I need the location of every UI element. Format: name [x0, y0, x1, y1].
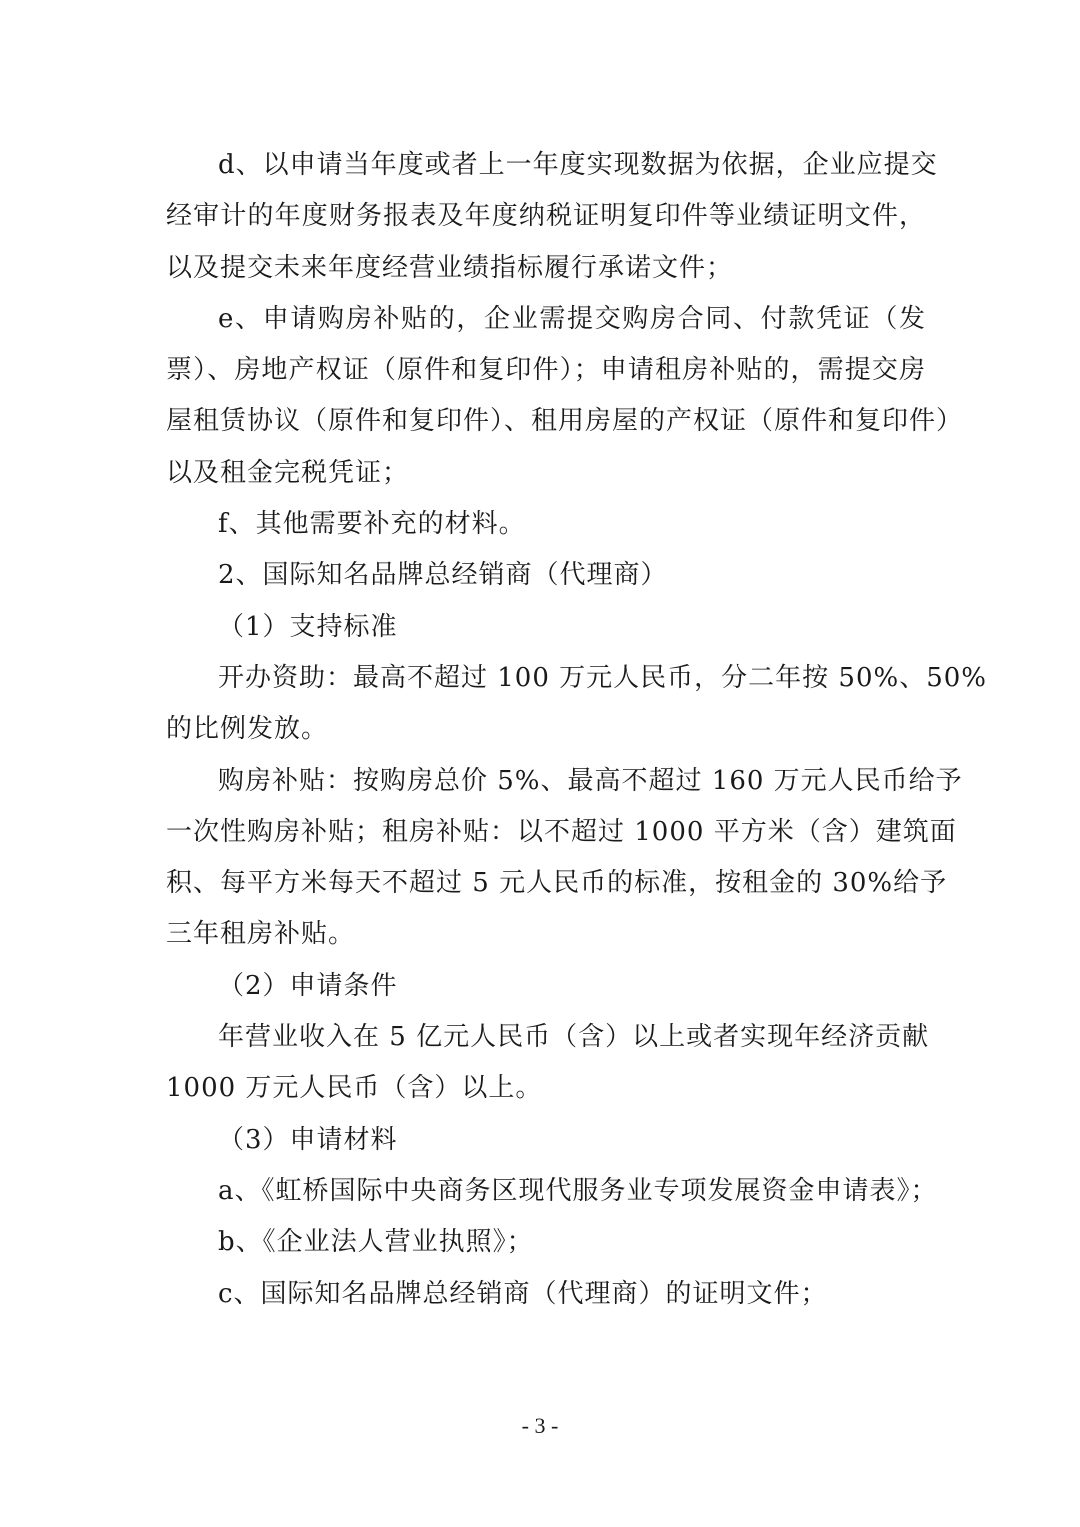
materials-item-b: b、《企业法人营业执照》；: [166, 1217, 926, 1268]
page-number: - 3 -: [0, 1413, 1080, 1439]
paragraph-e-line-1: e、申请购房补贴的，企业需提交购房合同、付款凭证（发: [166, 294, 926, 345]
conditions-line-2: 1000 万元人民币（含）以上。: [166, 1063, 926, 1114]
paragraph-d-line-1: d、以申请当年度或者上一年度实现数据为依据，企业应提交: [166, 140, 926, 191]
paragraph-f: f、其他需要补充的材料。: [166, 499, 926, 550]
materials-item-c: c、国际知名品牌总经销商（代理商）的证明文件；: [166, 1269, 926, 1320]
paragraph-e-line-3: 屋租赁协议（原件和复印件）、租用房屋的产权证（原件和复印件）: [166, 396, 926, 447]
materials-item-a: a、《虹桥国际中央商务区现代服务业专项发展资金申请表》；: [166, 1166, 926, 1217]
paragraph-d-line-2: 经审计的年度财务报表及年度纳税证明复印件等业绩证明文件，: [166, 191, 926, 242]
document-body: d、以申请当年度或者上一年度实现数据为依据，企业应提交 经审计的年度财务报表及年…: [166, 140, 926, 1320]
housing-subsidy-line-4: 三年租房补贴。: [166, 909, 926, 960]
startup-funding-line-1: 开办资助：最高不超过 100 万元人民币，分二年按 50%、50%: [166, 653, 926, 704]
document-page: d、以申请当年度或者上一年度实现数据为依据，企业应提交 经审计的年度财务报表及年…: [0, 0, 1080, 1527]
subheading-support-standard: （1）支持标准: [166, 602, 926, 653]
housing-subsidy-line-1: 购房补贴：按购房总价 5%、最高不超过 160 万元人民币给予: [166, 756, 926, 807]
paragraph-e-line-4: 以及租金完税凭证；: [166, 448, 926, 499]
subheading-application-materials: （3）申请材料: [166, 1115, 926, 1166]
paragraph-d-line-3: 以及提交未来年度经营业绩指标履行承诺文件；: [166, 243, 926, 294]
subheading-application-conditions: （2）申请条件: [166, 961, 926, 1012]
paragraph-e-line-2: 票）、房地产权证（原件和复印件）；申请租房补贴的，需提交房: [166, 345, 926, 396]
housing-subsidy-line-2: 一次性购房补贴；租房补贴：以不超过 1000 平方米（含）建筑面: [166, 807, 926, 858]
conditions-line-1: 年营业收入在 5 亿元人民币（含）以上或者实现年经济贡献: [166, 1012, 926, 1063]
housing-subsidy-line-3: 积、每平方米每天不超过 5 元人民币的标准，按租金的 30%给予: [166, 858, 926, 909]
section-heading-2: 2、国际知名品牌总经销商（代理商）: [166, 550, 926, 601]
startup-funding-line-2: 的比例发放。: [166, 704, 926, 755]
